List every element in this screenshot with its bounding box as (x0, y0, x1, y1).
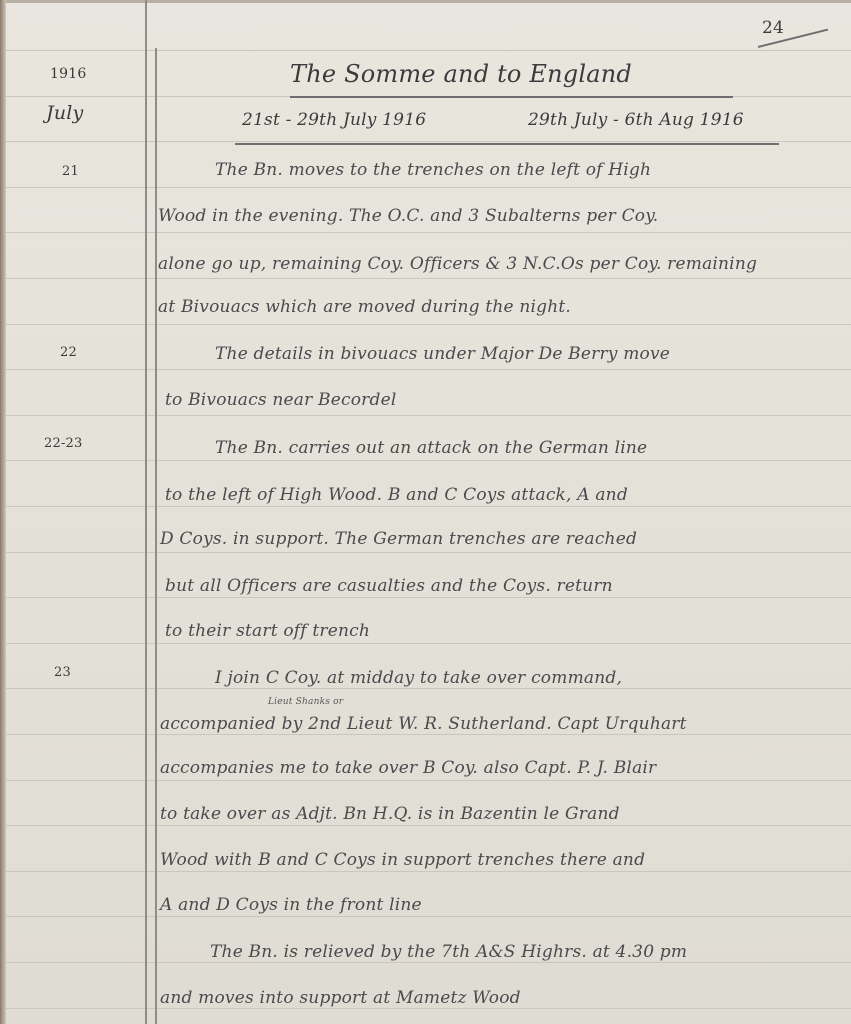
entry-22-23-line-4: but all Officers are casualties and the … (165, 576, 613, 596)
margin-date-22-23: 22-23 (44, 436, 82, 451)
ruled-line (6, 50, 851, 51)
ruled-line (6, 962, 851, 963)
entry-21-line-1: The Bn. moves to the trenches on the lef… (215, 160, 651, 180)
margin-month: July (46, 102, 83, 124)
ruled-line (6, 415, 851, 416)
entry-22-23-line-5: to their start off trench (165, 621, 370, 641)
ruled-line (6, 597, 851, 598)
ruled-line (6, 916, 851, 917)
entry-23-line-2: accompanied by 2nd Lieut W. R. Sutherlan… (160, 714, 687, 734)
entry-23-line-3: accompanies me to take over B Coy. also … (160, 758, 656, 778)
margin-date-23: 23 (54, 665, 71, 680)
entry-23-line-5: Wood with B and C Coys in support trench… (160, 850, 645, 870)
ruled-line (6, 780, 851, 781)
entry-22-23-line-1: The Bn. carries out an attack on the Ger… (215, 438, 647, 458)
subtitle-underline (235, 143, 779, 145)
ruled-line (6, 369, 851, 370)
entry-22-line-1: The details in bivouacs under Major De B… (215, 344, 670, 364)
entry-22-23-line-3: D Coys. in support. The German trenches … (160, 529, 637, 549)
ruled-line (6, 734, 851, 735)
ruled-line (6, 688, 851, 689)
margin-date-22: 22 (60, 345, 77, 360)
ruled-line (6, 825, 851, 826)
entry-22-line-2: to Bivouacs near Becordel (165, 390, 396, 410)
entry-22-23-line-2: to the left of High Wood. B and C Coys a… (165, 485, 628, 505)
diary-page: 24 1916 July The Somme and to England 21… (0, 0, 851, 1024)
ruled-line (6, 187, 851, 188)
entry-21-line-4: at Bivouacs which are moved during the n… (158, 297, 571, 317)
entry-23-line-8: and moves into support at Mametz Wood (160, 988, 521, 1008)
ruled-line (6, 141, 851, 142)
page-number: 24 (762, 18, 784, 38)
interlinear-note: Lieut Shanks or (268, 697, 343, 707)
entry-23-line-1: I join C Coy. at midday to take over com… (215, 668, 622, 688)
margin-line-inner (155, 48, 157, 1024)
page-top-edge (0, 0, 851, 3)
ruled-line (6, 324, 851, 325)
entry-21-line-2: Wood in the evening. The O.C. and 3 Suba… (158, 206, 658, 226)
date-range-1: 21st - 29th July 1916 (242, 110, 426, 130)
page-title: The Somme and to England (290, 60, 632, 88)
ruled-line (6, 232, 851, 233)
title-underline (290, 96, 733, 98)
ruled-line (6, 1008, 851, 1009)
margin-year: 1916 (50, 66, 86, 82)
ruled-line (6, 278, 851, 279)
ruled-line (6, 871, 851, 872)
ruled-line (6, 506, 851, 507)
ruled-line (6, 552, 851, 553)
entry-23-line-6: A and D Coys in the front line (160, 895, 422, 915)
entry-21-line-3: alone go up, remaining Coy. Officers & 3… (158, 254, 757, 274)
margin-date-21: 21 (62, 164, 79, 179)
entry-23-line-4: to take over as Adjt. Bn H.Q. is in Baze… (160, 804, 620, 824)
ruled-line (6, 643, 851, 644)
ruled-line (6, 460, 851, 461)
margin-line-outer (145, 0, 147, 1024)
date-range-2: 29th July - 6th Aug 1916 (528, 110, 744, 130)
entry-23-line-7: The Bn. is relieved by the 7th A&S Highr… (210, 942, 687, 962)
